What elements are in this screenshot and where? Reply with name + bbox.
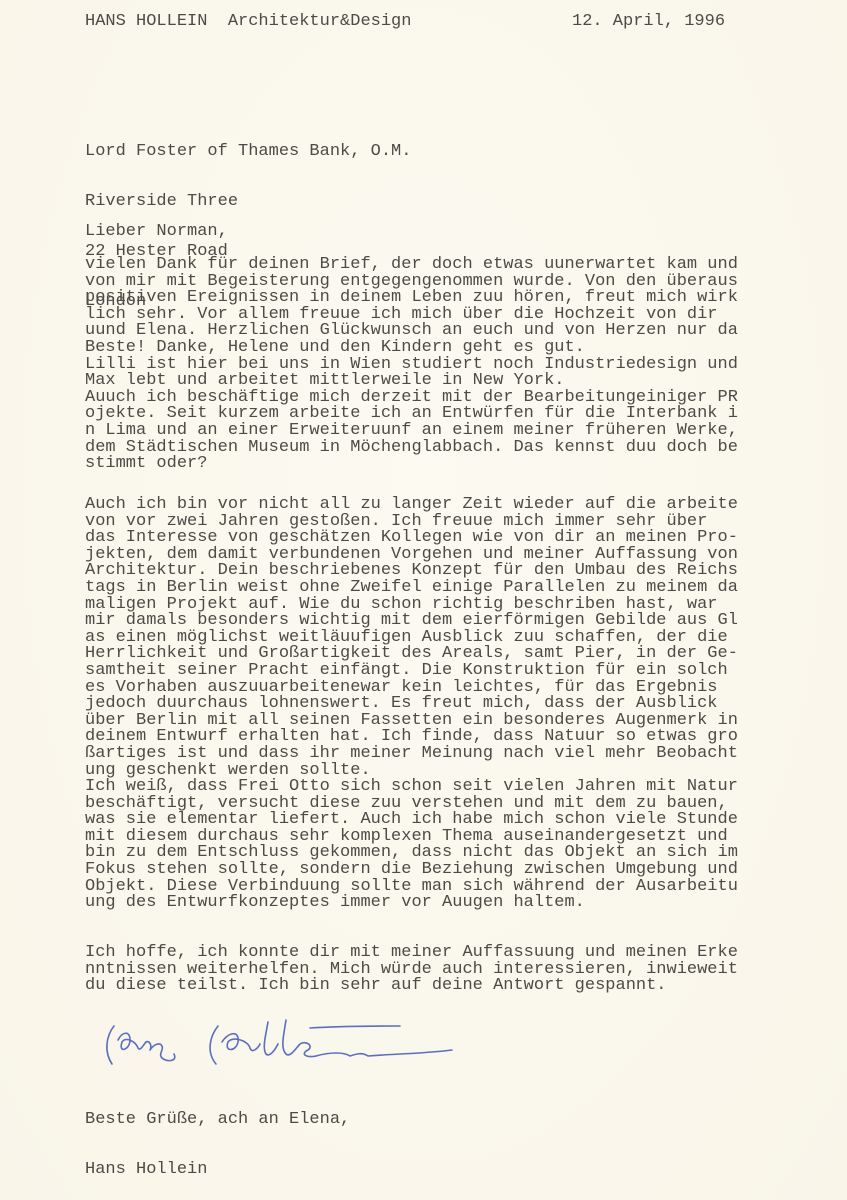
closing: Beste Grüße, ach an Elena, Hans Hollein (85, 1079, 350, 1195)
paragraph-2: Auch ich bin vor nicht all zu langer Zei… (85, 497, 738, 912)
letterhead-sender: HANS HOLLEIN Architektur&Design (85, 14, 411, 31)
text-line: ung des Entwurfkonzeptes immer vor Auuge… (85, 895, 738, 912)
paragraph-1: vielen Dank für deinen Brief, der doch e… (85, 257, 738, 473)
paragraph-3: Ich hoffe, ich konnte dir mit meiner Auf… (85, 945, 738, 995)
address-line: Lord Foster of Thames Bank, O.M. (85, 144, 411, 161)
salutation: Lieber Norman, (85, 224, 228, 241)
address-line: Riverside Three (85, 194, 411, 211)
text-line: stimmt oder? (85, 456, 738, 473)
closing-line: Beste Grüße, ach an Elena, (85, 1112, 350, 1129)
handwritten-signature-icon (100, 1018, 500, 1073)
text-line: du diese teilst. Ich bin sehr auf deine … (85, 978, 738, 995)
letter-date: 12. April, 1996 (572, 14, 725, 31)
text-line: ßartiges ist und dass ihr meiner Meinung… (85, 746, 738, 763)
sender-name: Hans Hollein (85, 1162, 350, 1179)
